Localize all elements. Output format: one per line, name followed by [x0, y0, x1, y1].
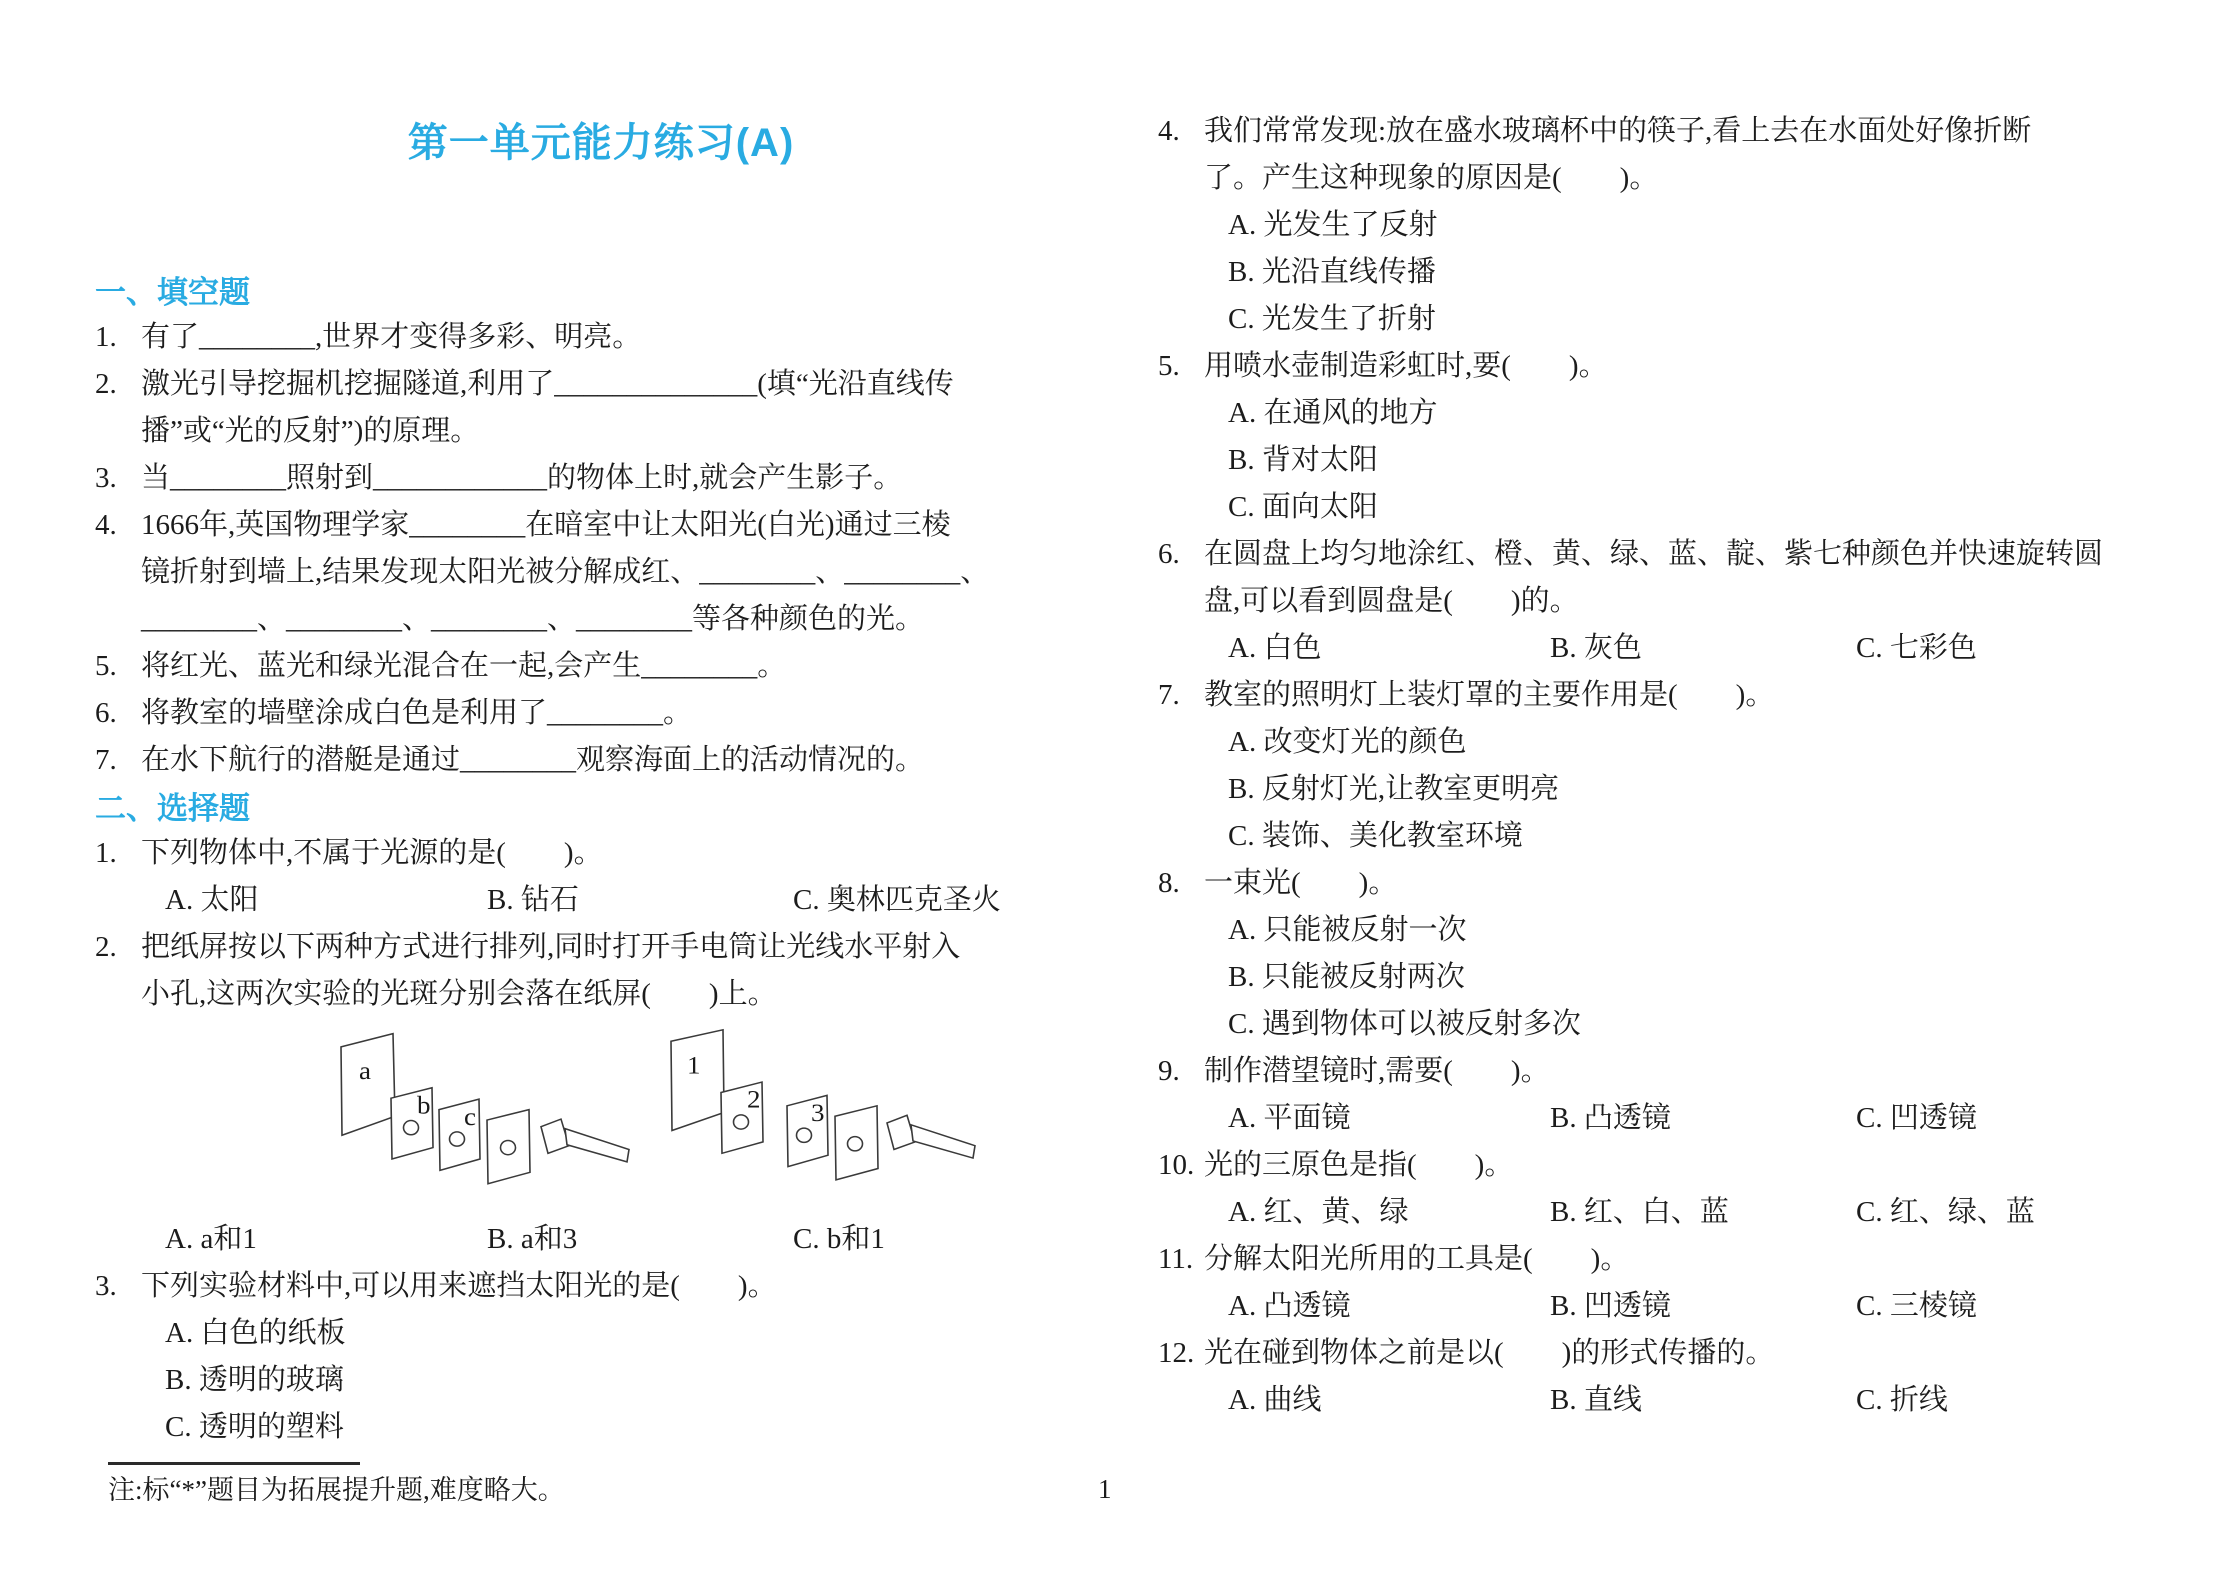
- option-b: B. 只能被反射两次: [1228, 954, 2148, 1001]
- choice-question-12: 12.光在碰到物体之前是以( )的形式传播的。 A. 曲线 B. 直线 C. 折…: [1158, 1330, 2148, 1424]
- option-c: C. 透明的塑料: [165, 1404, 1107, 1451]
- fill-question-3: 3.当________照射到____________的物体上时,就会产生影子。: [95, 455, 1107, 502]
- question-number: 5.: [1158, 343, 1204, 390]
- question-line: 5.将红光、蓝光和绿光混合在一起,会产生________。: [141, 643, 1107, 690]
- option-b: B. 灰色: [1550, 625, 1856, 672]
- page-title: 第一单元能力练习(A): [95, 118, 1107, 168]
- question-line: 小孔,这两次实验的光斑分别会落在纸屏( )上。: [141, 971, 1107, 1018]
- option-a: A. 白色的纸板: [165, 1310, 1107, 1357]
- options-row: A. a和1 B. a和3 C. b和1: [165, 1216, 1107, 1263]
- option-c: C. 装饰、美化教室环境: [1228, 813, 2148, 860]
- worksheet-page: 第一单元能力练习(A) 一、填空题 1.有了________,世界才变得多彩、明…: [0, 0, 2220, 1571]
- question-text: 当________照射到____________的物体上时,就会产生影子。: [141, 462, 902, 494]
- choice-question-3: 3.下列实验材料中,可以用来遮挡太阳光的是( )。 A. 白色的纸板 B. 透明…: [95, 1263, 1107, 1451]
- choice-question-2: 2.把纸屏按以下两种方式进行排列,同时打开手电筒让光线水平射入 小孔,这两次实验…: [95, 924, 1107, 1263]
- option-a: A. 太阳: [165, 877, 487, 924]
- choice-question-4: 4.我们常常发现:放在盛水玻璃杯中的筷子,看上去在水面处好像折断 了。产生这种现…: [1158, 108, 2148, 343]
- option-c: C. 遇到物体可以被反射多次: [1228, 1001, 2148, 1048]
- option-c: C. 三棱镜: [1856, 1283, 2148, 1330]
- section-heading-fill: 一、填空题: [95, 272, 1107, 314]
- options-row: A. 太阳 B. 钻石 C. 奥林匹克圣火: [165, 877, 1107, 924]
- options-row: A. 凸透镜 B. 凹透镜 C. 三棱镜: [1228, 1283, 2148, 1330]
- question-line: 了。产生这种现象的原因是( )。: [1204, 155, 2148, 202]
- fill-question-1: 1.有了________,世界才变得多彩、明亮。: [95, 314, 1107, 361]
- option-a: A. 改变灯光的颜色: [1228, 719, 2148, 766]
- screen-label-3: 3: [811, 1099, 825, 1127]
- hole-icon: [797, 1128, 812, 1142]
- question-line: 7.在水下航行的潜艇是通过________观察海面上的活动情况的。: [141, 737, 1107, 784]
- footnote-divider: [108, 1462, 360, 1465]
- option-a: A. 平面镜: [1228, 1095, 1550, 1142]
- options-row: A. 白色 B. 灰色 C. 七彩色: [1228, 625, 2148, 672]
- fill-question-6: 6.将教室的墙壁涂成白色是利用了________。: [95, 690, 1107, 737]
- option-a: A. a和1: [165, 1216, 487, 1263]
- fill-question-5: 5.将红光、蓝光和绿光混合在一起,会产生________。: [95, 643, 1107, 690]
- question-line: 7.教室的照明灯上装灯罩的主要作用是( )。: [1204, 672, 2148, 719]
- question-line: 10.光的三原色是指( )。: [1204, 1142, 2148, 1189]
- screen-1: [671, 1030, 724, 1131]
- question-number: 3.: [95, 455, 141, 502]
- option-c: C. 红、绿、蓝: [1856, 1189, 2148, 1236]
- question-line: 2.把纸屏按以下两种方式进行排列,同时打开手电筒让光线水平射入: [141, 924, 1107, 971]
- hole-icon: [848, 1137, 863, 1151]
- question-number: 11.: [1158, 1236, 1204, 1283]
- question-text: 下列物体中,不属于光源的是( )。: [141, 837, 603, 869]
- option-c: C. 七彩色: [1856, 625, 2148, 672]
- screen-label-b: b: [417, 1091, 431, 1119]
- flashlight-icon: [911, 1125, 975, 1158]
- question-text: 教室的照明灯上装灯罩的主要作用是( )。: [1204, 679, 1774, 711]
- question-number: 6.: [95, 690, 141, 737]
- option-c: C. 折线: [1856, 1377, 2148, 1424]
- question-number: 8.: [1158, 860, 1204, 907]
- question-line: 播”或“光的反射”)的原理。: [141, 408, 1107, 455]
- question-number: 7.: [95, 737, 141, 784]
- flashlight-icon: [565, 1129, 629, 1162]
- question-line: 1.下列物体中,不属于光源的是( )。: [141, 830, 1107, 877]
- option-a: A. 光发生了反射: [1228, 202, 2148, 249]
- option-a: A. 只能被反射一次: [1228, 907, 2148, 954]
- question-text: 制作潜望镜时,需要( )。: [1204, 1055, 1550, 1087]
- question-text: 有了________,世界才变得多彩、明亮。: [141, 321, 641, 353]
- question-number: 3.: [95, 1263, 141, 1310]
- question-text: 光的三原色是指( )。: [1204, 1149, 1513, 1181]
- question-text: 在水下航行的潜艇是通过________观察海面上的活动情况的。: [141, 744, 924, 776]
- flashlight-icon: [541, 1119, 569, 1153]
- fill-question-2: 2.激光引导挖掘机挖掘隧道,利用了______________(填“光沿直线传 …: [95, 361, 1107, 455]
- choice-question-1: 1.下列物体中,不属于光源的是( )。 A. 太阳 B. 钻石 C. 奥林匹克圣…: [95, 830, 1107, 924]
- question-number: 6.: [1158, 531, 1204, 578]
- question-number: 10.: [1158, 1142, 1204, 1189]
- question-number: 2.: [95, 361, 141, 408]
- question-line: 11.分解太阳光所用的工具是( )。: [1204, 1236, 2148, 1283]
- question-line: 9.制作潜望镜时,需要( )。: [1204, 1048, 2148, 1095]
- question-line: 2.激光引导挖掘机挖掘隧道,利用了______________(填“光沿直线传: [141, 361, 1107, 408]
- page-number: 1: [1098, 1474, 1112, 1505]
- question-line: 4.我们常常发现:放在盛水玻璃杯中的筷子,看上去在水面处好像折断: [1204, 108, 2148, 155]
- question-number: 1.: [95, 314, 141, 361]
- footnote-text: 注:标“*”题目为拓展提升题,难度略大。: [108, 1470, 565, 1510]
- choice-question-9: 9.制作潜望镜时,需要( )。 A. 平面镜 B. 凸透镜 C. 凹透镜: [1158, 1048, 2148, 1142]
- option-b: B. 红、白、蓝: [1550, 1189, 1856, 1236]
- option-b: B. 直线: [1550, 1377, 1856, 1424]
- question-text: 下列实验材料中,可以用来遮挡太阳光的是( )。: [141, 1270, 777, 1302]
- option-c: C. 光发生了折射: [1228, 296, 2148, 343]
- screen-label-1: 1: [687, 1051, 701, 1079]
- question-text: 光在碰到物体之前是以( )的形式传播的。: [1204, 1337, 1774, 1369]
- question-number: 5.: [95, 643, 141, 690]
- choice-question-11: 11.分解太阳光所用的工具是( )。 A. 凸透镜 B. 凹透镜 C. 三棱镜: [1158, 1236, 2148, 1330]
- option-c: C. b和1: [793, 1216, 1107, 1263]
- question-number: 1.: [95, 830, 141, 877]
- question-text: 将教室的墙壁涂成白色是利用了________。: [141, 697, 692, 729]
- question-line: 1.有了________,世界才变得多彩、明亮。: [141, 314, 1107, 361]
- screen-label-2: 2: [747, 1085, 761, 1113]
- option-a: A. 在通风的地方: [1228, 390, 2148, 437]
- question-line: 3.当________照射到____________的物体上时,就会产生影子。: [141, 455, 1107, 502]
- options-row: A. 曲线 B. 直线 C. 折线: [1228, 1377, 2148, 1424]
- section-heading-choice: 二、选择题: [95, 788, 1107, 830]
- hole-icon: [734, 1115, 749, 1129]
- question-line: 3.下列实验材料中,可以用来遮挡太阳光的是( )。: [141, 1263, 1107, 1310]
- question-number: 2.: [95, 924, 141, 971]
- option-a: A. 凸透镜: [1228, 1283, 1550, 1330]
- screen-label-c: c: [464, 1102, 476, 1130]
- hole-icon: [450, 1132, 465, 1146]
- question-line: 5.用喷水壶制造彩虹时,要( )。: [1204, 343, 2148, 390]
- left-column: 第一单元能力练习(A) 一、填空题 1.有了________,世界才变得多彩、明…: [95, 118, 1107, 1451]
- choice-question-8: 8.一束光( )。 A. 只能被反射一次 B. 只能被反射两次 C. 遇到物体可…: [1158, 860, 2148, 1048]
- question-line: 镜折射到墙上,结果发现太阳光被分解成红、________、________、: [141, 549, 1107, 596]
- option-b: B. 透明的玻璃: [165, 1357, 1107, 1404]
- option-a: A. 红、黄、绿: [1228, 1189, 1550, 1236]
- option-b: B. 钻石: [487, 877, 793, 924]
- choice-question-10: 10.光的三原色是指( )。 A. 红、黄、绿 B. 红、白、蓝 C. 红、绿、…: [1158, 1142, 2148, 1236]
- options-row: A. 红、黄、绿 B. 红、白、蓝 C. 红、绿、蓝: [1228, 1189, 2148, 1236]
- question-text: 分解太阳光所用的工具是( )。: [1204, 1243, 1629, 1275]
- question-line: 8.一束光( )。: [1204, 860, 2148, 907]
- question-text: 激光引导挖掘机挖掘隧道,利用了______________(填“光沿直线传: [141, 368, 954, 400]
- question-line: 4.1666年,英国物理学家________在暗室中让太阳光(白光)通过三棱: [141, 502, 1107, 549]
- option-c: C. 奥林匹克圣火: [793, 877, 1107, 924]
- right-column: 4.我们常常发现:放在盛水玻璃杯中的筷子,看上去在水面处好像折断 了。产生这种现…: [1158, 108, 2148, 1424]
- question-line: 6.将教室的墙壁涂成白色是利用了________。: [141, 690, 1107, 737]
- options-row: A. 平面镜 B. 凸透镜 C. 凹透镜: [1228, 1095, 2148, 1142]
- question-line: 12.光在碰到物体之前是以( )的形式传播的。: [1204, 1330, 2148, 1377]
- hole-icon: [404, 1121, 419, 1135]
- option-b: B. 凹透镜: [1550, 1283, 1856, 1330]
- question-line: 6.在圆盘上均匀地涂红、橙、黄、绿、蓝、靛、紫七种颜色并快速旋转圆: [1204, 531, 2148, 578]
- question-number: 4.: [95, 502, 141, 549]
- question-text: 用喷水壶制造彩虹时,要( )。: [1204, 350, 1608, 382]
- question-number: 9.: [1158, 1048, 1204, 1095]
- option-a: A. 曲线: [1228, 1377, 1550, 1424]
- option-a: A. 白色: [1228, 625, 1550, 672]
- question-text: 将红光、蓝光和绿光混合在一起,会产生________。: [141, 650, 786, 682]
- question-text: 1666年,英国物理学家________在暗室中让太阳光(白光)通过三棱: [141, 509, 951, 541]
- question-number: 12.: [1158, 1330, 1204, 1377]
- experiment-diagram: a b c 1 2 3: [327, 1026, 1107, 1216]
- option-b: B. 背对太阳: [1228, 437, 2148, 484]
- option-b: B. 光沿直线传播: [1228, 249, 2148, 296]
- choice-question-5: 5.用喷水壶制造彩虹时,要( )。 A. 在通风的地方 B. 背对太阳 C. 面…: [1158, 343, 2148, 531]
- question-text: 我们常常发现:放在盛水玻璃杯中的筷子,看上去在水面处好像折断: [1204, 115, 2031, 147]
- fill-question-7: 7.在水下航行的潜艇是通过________观察海面上的活动情况的。: [95, 737, 1107, 784]
- option-c: C. 面向太阳: [1228, 484, 2148, 531]
- option-b: B. 反射灯光,让教室更明亮: [1228, 766, 2148, 813]
- question-number: 4.: [1158, 108, 1204, 155]
- question-text: 把纸屏按以下两种方式进行排列,同时打开手电筒让光线水平射入: [141, 931, 960, 963]
- question-line: ________、________、________、________等各种颜色…: [141, 596, 1107, 643]
- fill-question-4: 4.1666年,英国物理学家________在暗室中让太阳光(白光)通过三棱 镜…: [95, 502, 1107, 643]
- question-text: 一束光( )。: [1204, 867, 1397, 899]
- question-text: 在圆盘上均匀地涂红、橙、黄、绿、蓝、靛、紫七种颜色并快速旋转圆: [1204, 538, 2103, 570]
- flashlight-icon: [887, 1115, 915, 1149]
- option-b: B. 凸透镜: [1550, 1095, 1856, 1142]
- screen-label-a: a: [359, 1057, 371, 1085]
- question-line: 盘,可以看到圆盘是( )的。: [1204, 578, 2148, 625]
- option-b: B. a和3: [487, 1216, 793, 1263]
- hole-icon: [501, 1140, 516, 1154]
- screens-flashlight-figure: a b c 1 2 3: [327, 1026, 977, 1216]
- choice-question-7: 7.教室的照明灯上装灯罩的主要作用是( )。 A. 改变灯光的颜色 B. 反射灯…: [1158, 672, 2148, 860]
- question-number: 7.: [1158, 672, 1204, 719]
- option-c: C. 凹透镜: [1856, 1095, 2148, 1142]
- choice-question-6: 6.在圆盘上均匀地涂红、橙、黄、绿、蓝、靛、紫七种颜色并快速旋转圆 盘,可以看到…: [1158, 531, 2148, 672]
